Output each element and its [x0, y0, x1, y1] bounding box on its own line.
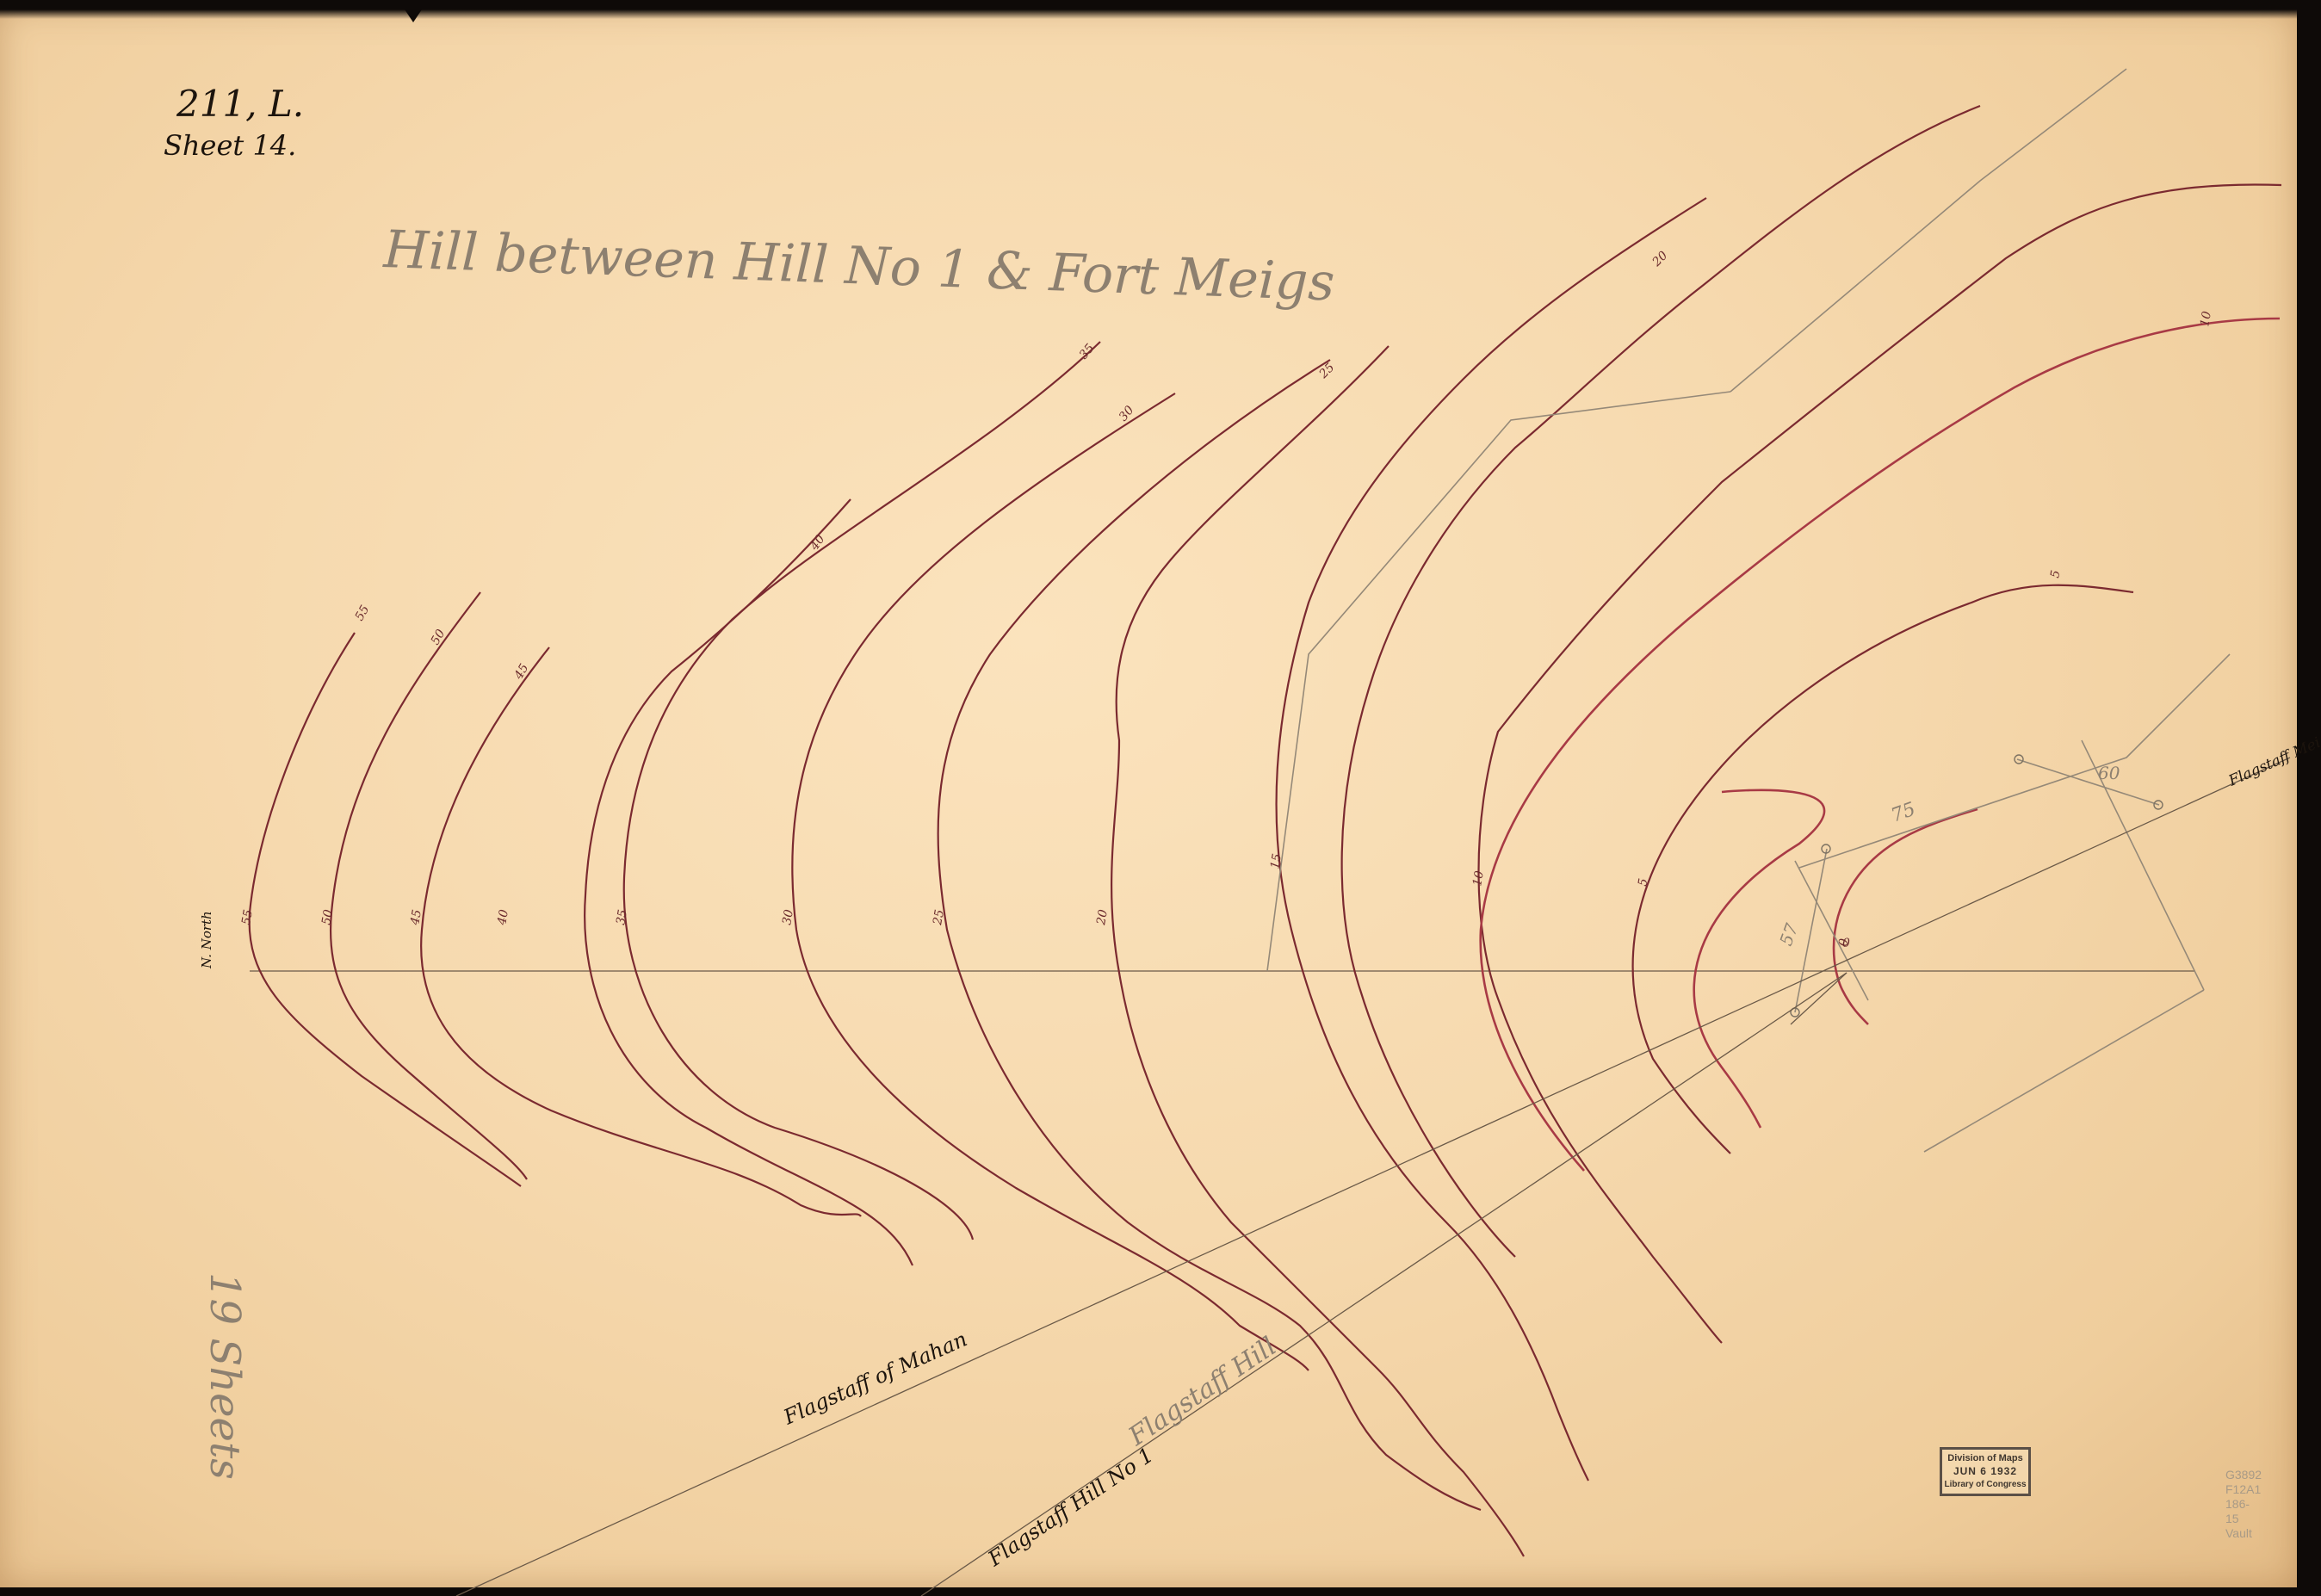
flagstaff-mahan-label: Flagstaff of Mahan	[779, 1327, 970, 1430]
catalog-line: Vault	[2225, 1526, 2286, 1541]
pencil-survey-stake-line	[2017, 759, 2159, 805]
contour-5	[1633, 585, 2133, 1154]
contour-label-5: 5	[1636, 877, 1650, 888]
contour-label-25: 25	[931, 908, 947, 926]
contour-top-label-35: 35	[1077, 342, 1098, 362]
contour-15	[1277, 198, 1706, 1481]
catalog-line: 186-	[2225, 1497, 2286, 1512]
map-title: Hill between Hill No 1 & Fort Meigs	[381, 220, 1335, 313]
pencil-ridge	[1730, 69, 2126, 392]
contour-label-10: 10	[1470, 869, 1487, 887]
flagstaff-meigs-label: Flagstaff Meigs	[2225, 727, 2321, 790]
contour-top-label-5: 5	[2048, 569, 2063, 579]
catalog-pencil-note: G3892 F12A1 186- 15 Vault	[2225, 1468, 2286, 1541]
contour-top-label-50: 50	[429, 627, 449, 647]
contour-top-label-45: 45	[511, 661, 531, 682]
pencil-boundary	[1267, 392, 1730, 971]
contour-top-label-30: 30	[1117, 404, 1137, 424]
sightline-tick	[1791, 973, 1847, 1024]
flagstaff-hill-no-1-label: Flagstaff Hill No 1	[983, 1443, 1158, 1572]
contour-5-upper	[1481, 319, 2280, 1171]
contour-45	[421, 647, 861, 1216]
catalog-line: F12A1	[2225, 1482, 2286, 1497]
contour-top-label-40: 40	[808, 532, 828, 554]
contour-drawing: 211, L. Sheet 14. Hill between Hill No 1…	[0, 0, 2321, 1596]
contour-label-35: 35	[614, 908, 630, 925]
survey-label-0: 0	[1842, 937, 1850, 950]
contour-label-45: 45	[408, 908, 424, 926]
north-label: N. North	[199, 911, 214, 969]
library-of-congress-stamp: Division of Maps JUN 6 1932 Library of C…	[1940, 1447, 2031, 1496]
margin-note: 19 Sheets	[201, 1272, 249, 1480]
stamp-date: JUN 6 1932	[1942, 1465, 2028, 1478]
catalog-line: G3892	[2225, 1468, 2286, 1482]
stamp-division: Division of Maps	[1942, 1452, 2028, 1465]
contour-55	[250, 633, 521, 1186]
contour-label-55: 55	[239, 908, 256, 925]
contour-top-label-10: 10	[2198, 310, 2214, 327]
contour-label-20: 20	[1094, 908, 1111, 926]
contour-top-label-25: 25	[1316, 361, 1338, 382]
contour-10	[1479, 184, 2282, 1343]
survey-label-75: 75	[1889, 799, 1919, 827]
pencil-frame-right	[1924, 990, 2204, 1152]
stamp-library: Library of Congress	[1942, 1478, 2028, 1491]
contour-20	[1111, 346, 1524, 1556]
catalog-number: 211, L.	[176, 83, 304, 125]
survey-label-60: 60	[2098, 763, 2120, 783]
contour-25	[938, 360, 1481, 1510]
contour-10-upper	[1342, 106, 1980, 1257]
pencil-flagstaff-hill-label: Flagstaff Hill	[1123, 1332, 1282, 1453]
contour-0-summit	[1834, 809, 1977, 1024]
contour-30	[792, 393, 1309, 1370]
survey-label-57: 57	[1775, 920, 1802, 948]
catalog-line: 15	[2225, 1512, 2286, 1526]
contour-35	[585, 499, 913, 1265]
contour-label-30: 30	[780, 908, 796, 925]
contour-label-50: 50	[319, 908, 336, 925]
contour-top-label-20: 20	[1649, 249, 1671, 270]
contour-label-40: 40	[495, 908, 511, 926]
sheet-label: Sheet 14.	[164, 129, 296, 162]
contour-top-label-55: 55	[353, 603, 373, 623]
contour-40	[624, 342, 1100, 1240]
